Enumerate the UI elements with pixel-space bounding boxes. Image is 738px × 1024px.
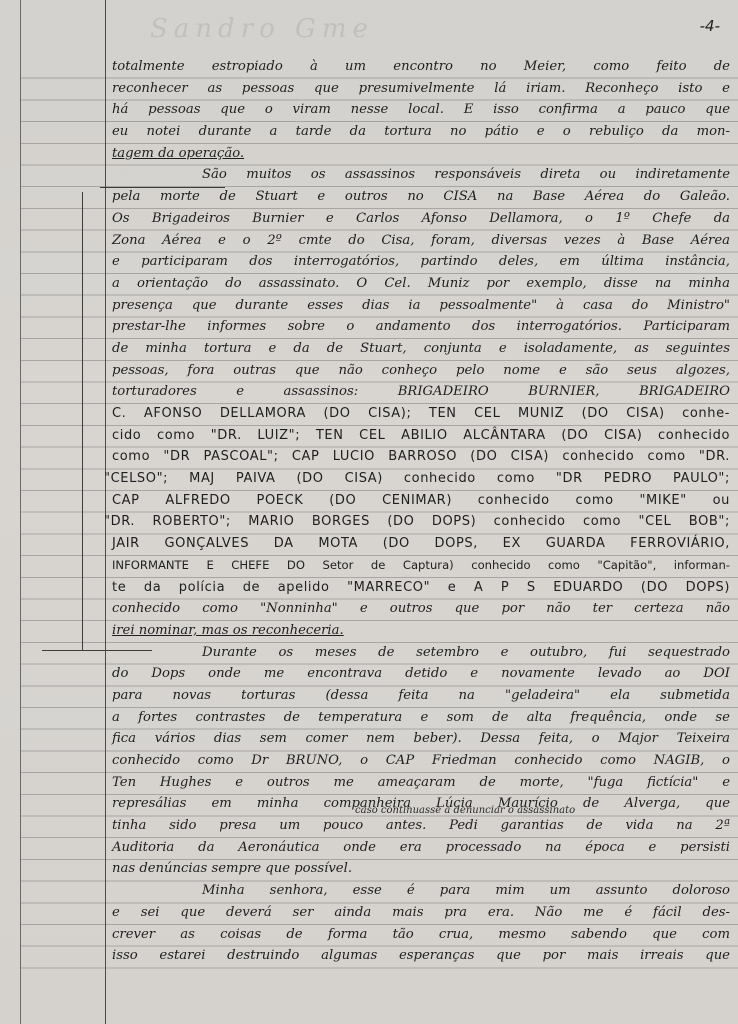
text-line: como "DR PASCOAL"; CAP LUCIO BARROSO (DO… <box>112 446 730 468</box>
text-line: nas denúncias sempre que possível. <box>112 858 730 880</box>
text-line: totalmente estropiado à um encontro no M… <box>112 56 730 78</box>
text-line: torturadores e assassinos: BRIGADEIRO BU… <box>112 381 730 403</box>
text-line: Zona Aérea e o 2º cmte do Cisa, foram, d… <box>112 230 730 252</box>
text-line: a fortes contrastes de temperatura e som… <box>112 707 730 729</box>
text-line: crever as coisas de forma tão crua, mesm… <box>112 924 730 946</box>
text-line: e sei que deverá ser ainda mais pra era.… <box>112 902 730 924</box>
text-line: Os Brigadeiros Burnier e Carlos Afonso D… <box>112 208 730 230</box>
text-line: de minha tortura e da de Stuart, conjunt… <box>112 338 730 360</box>
text-line: Auditoria da Aeronáutica onde era proces… <box>112 837 730 859</box>
text-line: presença que durante esses dias ia pesso… <box>112 295 730 317</box>
text-line: fica vários dias sem comer nem beber). D… <box>112 728 730 750</box>
text-line: irei nominar, mas os reconheceria. <box>112 620 730 642</box>
text-line: conhecido como Dr BRUNO, o CAP Friedman … <box>112 750 730 772</box>
text-line: tinha sido presa um pouco antes. Pedi ga… <box>112 815 730 837</box>
bottom-blank-area <box>0 970 738 1024</box>
text-line: te da polícia de apelido "MARRECO" e A P… <box>112 577 730 599</box>
letter-body: totalmente estropiado à um encontro no M… <box>112 56 730 967</box>
text-line: pessoas, fora outras que não conheço pel… <box>112 360 730 382</box>
left-edge-line <box>20 0 21 1024</box>
page-number: -4- <box>700 17 720 35</box>
paragraph-start-line: Durante os meses de setembro e outubro, … <box>112 642 730 664</box>
paragraph-start-line: São muitos os assassinos responsáveis di… <box>112 164 730 186</box>
text-line: "DR. ROBERTO"; MARIO BORGES (DO DOPS) co… <box>104 511 730 533</box>
text-line: para novas torturas (dessa feita na "gel… <box>112 685 730 707</box>
faint-pencil-marks: Sandro Gme <box>150 14 374 44</box>
text-line: cido como "DR. LUIZ"; TEN CEL ABILIO ALC… <box>112 425 730 447</box>
text-line: reconhecer as pessoas que presumivelment… <box>112 78 730 100</box>
text-line: C. AFONSO DELLAMORA (DO CISA); TEN CEL M… <box>112 403 730 425</box>
document-page: Sandro Gme -4- totalmente estropiado à u… <box>0 0 738 1024</box>
text-line: isso estarei destruindo algumas esperanç… <box>112 945 730 967</box>
text-line: eu notei durante a tarde da tortura no p… <box>112 121 730 143</box>
text-line: a orientação do assassinato. O Cel. Muni… <box>112 273 730 295</box>
paragraph-start-line: Minha senhora, esse é para mim um assunt… <box>112 880 730 902</box>
text-line: INFORMANTE E CHEFE DO Setor de Captura) … <box>112 555 730 577</box>
text-line: tagem da operação. <box>112 143 730 165</box>
text-line: e participaram dos interrogatórios, part… <box>112 251 730 273</box>
text-line: pela morte de Stuart e outros no CISA na… <box>112 186 730 208</box>
text-line: "CELSO"; MAJ PAIVA (DO CISA) conhecido c… <box>104 468 730 490</box>
text-line: prestar-lhe informes sobre o andamento d… <box>112 316 730 338</box>
text-line: conhecido como "Nonninha" e outros que p… <box>112 598 730 620</box>
text-line: CAP ALFREDO POECK (DO CENIMAR) conhecido… <box>112 490 730 512</box>
text-line: do Dops onde me encontrava detido e nova… <box>112 663 730 685</box>
interlinear-insertion: caso continuasse a denunciar o assassina… <box>355 805 575 816</box>
inner-margin-bracket <box>82 192 83 650</box>
text-line: há pessoas que o viram nesse local. E is… <box>112 99 730 121</box>
text-line: Ten Hughes e outros me ameaçaram de mort… <box>112 772 730 794</box>
text-line: JAIR GONÇALVES DA MOTA (DO DOPS, EX GUAR… <box>112 533 730 555</box>
